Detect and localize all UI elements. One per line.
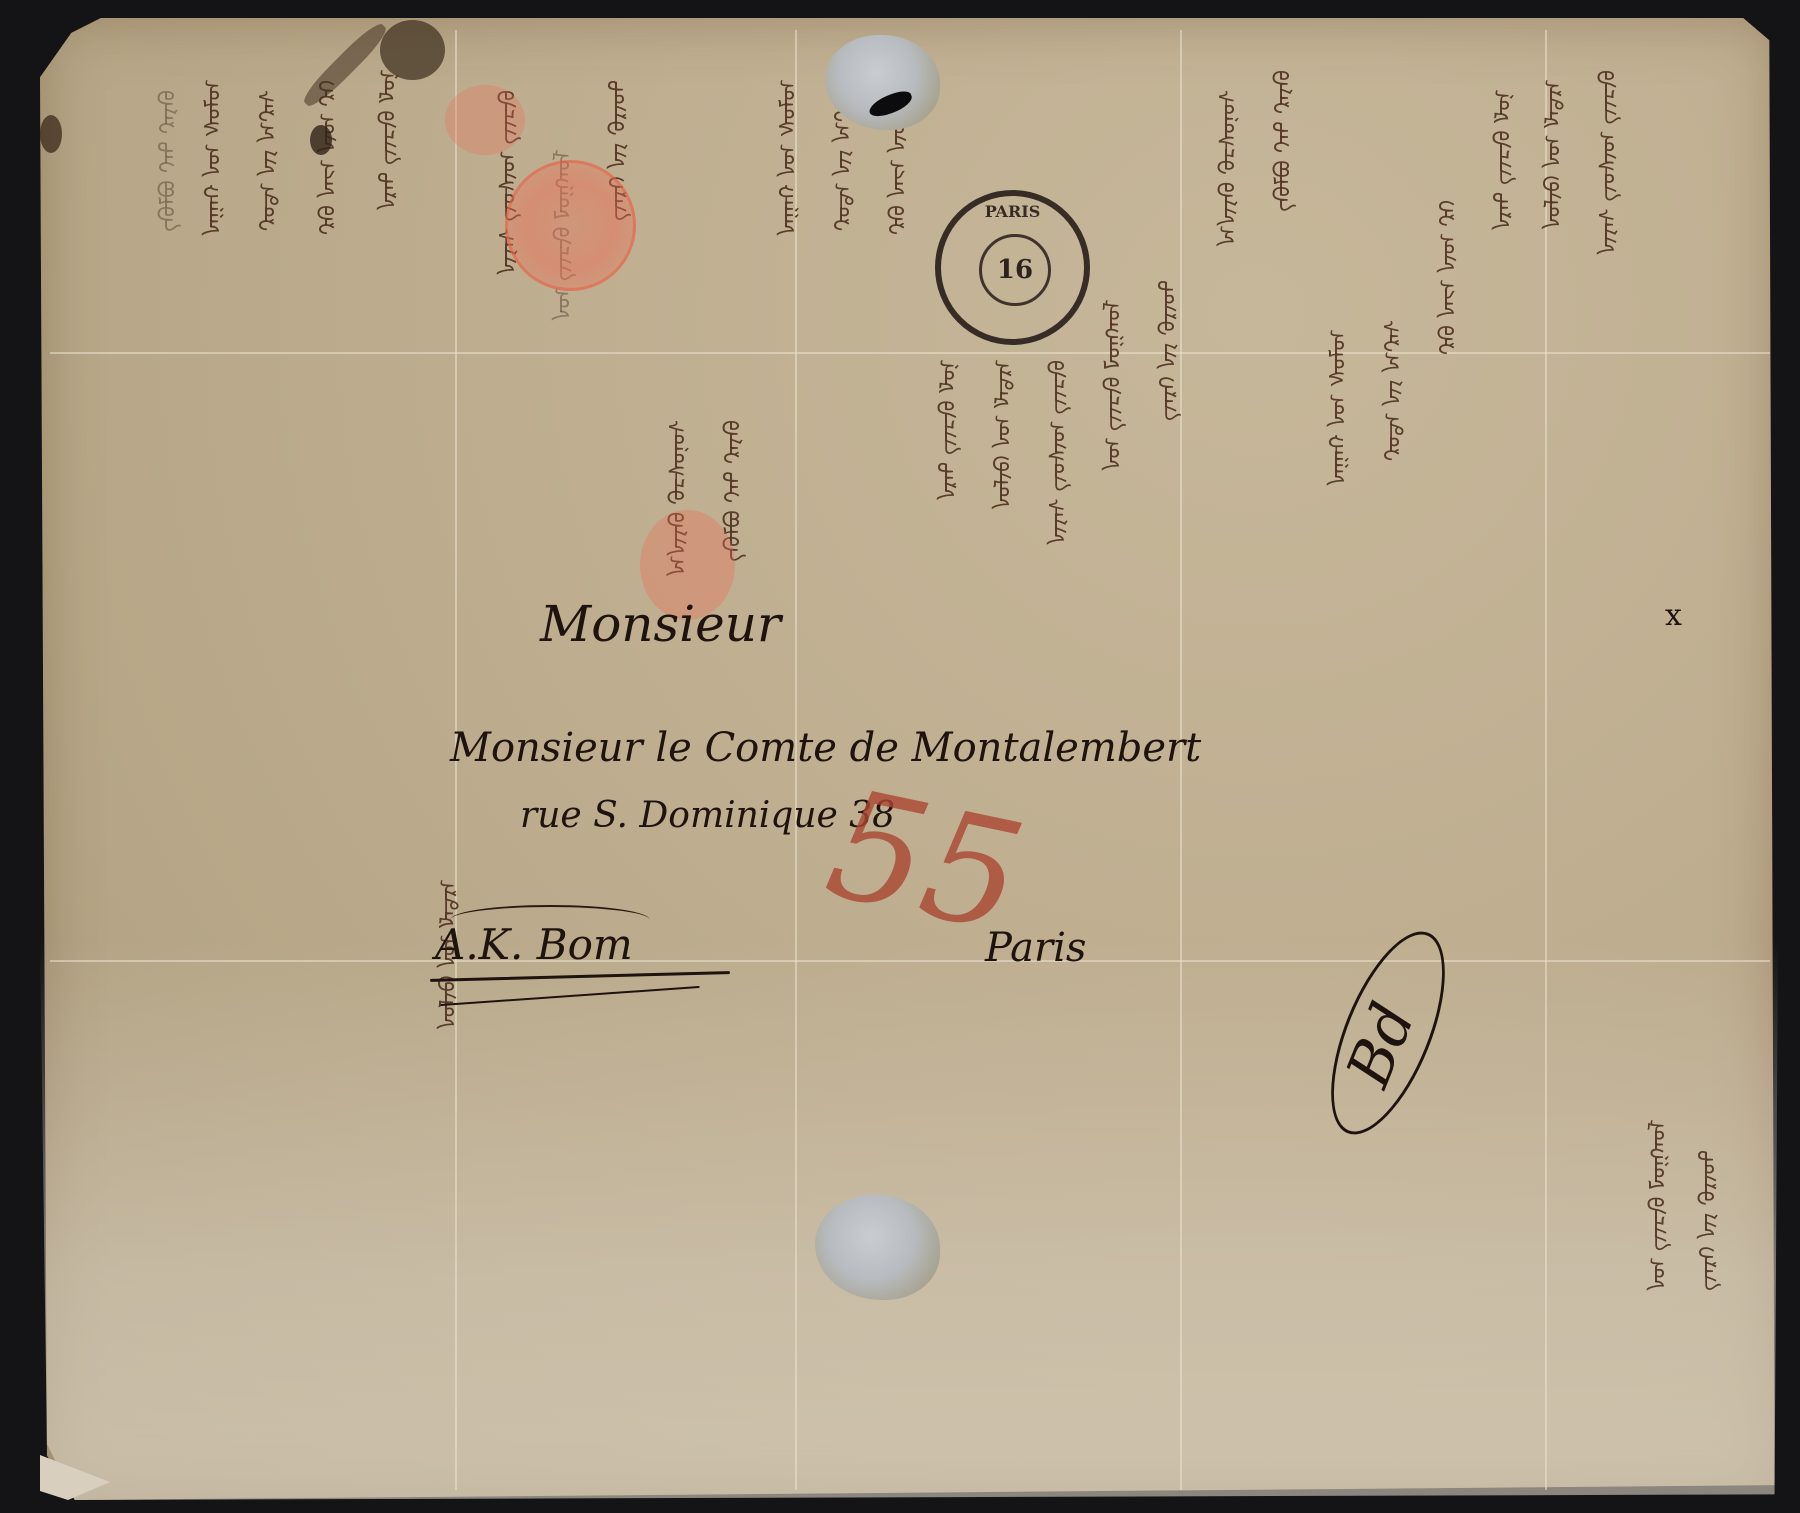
postmark-ring-text: PARIS — [941, 202, 1084, 221]
bleed-through-text: ᠰᠠᠷ᠎ᠠ ᠶᠢᠨ ᠡᠳᠦᠷ — [250, 90, 276, 1440]
bleed-through-text: ᠨᠣᠮ ᠪᠢᠴᠢᠭ ᠲᠡᠷᠡ — [1485, 90, 1511, 1440]
postmark-date: 16 — [997, 255, 1033, 285]
red-seal-stamp — [445, 85, 525, 155]
bleed-through-text: ᠪᠢᠴᠢᠭ ᠦᠰᠦᠭ ᠰᠠᠶᠢᠨ — [490, 90, 516, 1290]
fold-line — [50, 960, 1770, 962]
bleed-through-text: ᠭᠡᠷ ᠦᠨ ᠡᠵᠡᠨ ᠪᠡᠷ — [880, 80, 906, 1230]
bleed-through-text: ᠰᠠᠷ᠎ᠠ ᠶᠢᠨ ᠡᠳᠦᠷ — [1375, 320, 1401, 920]
bleed-through-text: ᠭᠡᠷ ᠦᠨ ᠡᠵᠡᠨ ᠪᠡᠷ — [1430, 200, 1456, 1200]
bleed-through-text: ᠡᠷᠳᠡᠮ ᠤᠨ ᠬᠦᠮᠦᠨ — [1535, 80, 1561, 1080]
ink-stain — [380, 20, 445, 80]
bleed-through-text: ᠪᠢᠴᠢᠭ ᠦᠰᠦᠭ ᠰᠠᠶᠢᠨ — [1040, 360, 1066, 1430]
ink-stain — [310, 125, 332, 155]
address-salutation: Monsieur — [540, 595, 781, 653]
bleed-through-text: ᠤᠯᠤᠰ ᠤᠨ ᠬᠠᠭᠠᠨ — [1320, 330, 1346, 1430]
postmark-stamp: PARIS 16 — [935, 190, 1090, 345]
bleed-through-text: ᠭᠡᠷ ᠦᠨ ᠡᠵᠡᠨ ᠪᠡᠷ — [310, 80, 336, 1450]
bleed-through-text: ᠮᠣᠩᠭᠣᠯ ᠪᠢᠴᠢᠭ ᠤᠨ — [1095, 300, 1121, 1430]
fold-line — [50, 352, 1770, 354]
bleed-through-text: ᠲᠥᠷᠥ ᠶᠢᠨ ᠬᠡᠷᠡᠭ — [1150, 280, 1176, 1430]
bleed-through-text: ᠮᠣᠩᠭᠣᠯ ᠪᠢᠴᠢᠭ ᠤᠨ — [1640, 1120, 1666, 1450]
address-recipient: Monsieur le Comte de Montalembert — [450, 725, 1201, 771]
red-seal-stamp — [505, 160, 636, 291]
ink-stain — [40, 115, 62, 153]
bleed-through-text: ᠤᠯᠤᠰ ᠤᠨ ᠬᠠᠭᠠᠨ — [770, 80, 796, 1280]
sender-signature: A.K. Bom — [435, 920, 633, 969]
bleed-through-text: ᠰᠣᠨᠣᠰᠴᠤ ᠪᠠᠶᠢᠨ᠎ᠠ — [1210, 90, 1236, 1390]
x-mark: x — [1665, 598, 1682, 633]
bleed-through-text: ᠲᠥᠷᠥ ᠶᠢᠨ ᠬᠡᠷᠡᠭ — [1690, 1150, 1716, 1450]
bleed-through-text: ᠪᠠᠶᠠᠷ ᠲᠠᠢ ᠪᠣᠯᠪᠠ — [1265, 70, 1291, 1370]
bleed-through-text: ᠪᠢᠴᠢᠭ ᠦᠰᠦᠭ ᠰᠠᠶᠢᠨ — [1590, 70, 1616, 1450]
bleed-through-text: ᠨᠣᠮ ᠪᠢᠴᠢᠭ ᠲᠡᠷᠡ — [370, 70, 396, 1450]
bleed-through-text: ᠤᠯᠤᠰ ᠤᠨ ᠬᠠᠭᠠᠨ — [195, 80, 221, 1380]
bleed-through-text: ᠪᠠᠶᠠᠷ ᠲᠠᠢ ᠪᠣᠯᠪᠠ — [150, 90, 176, 390]
